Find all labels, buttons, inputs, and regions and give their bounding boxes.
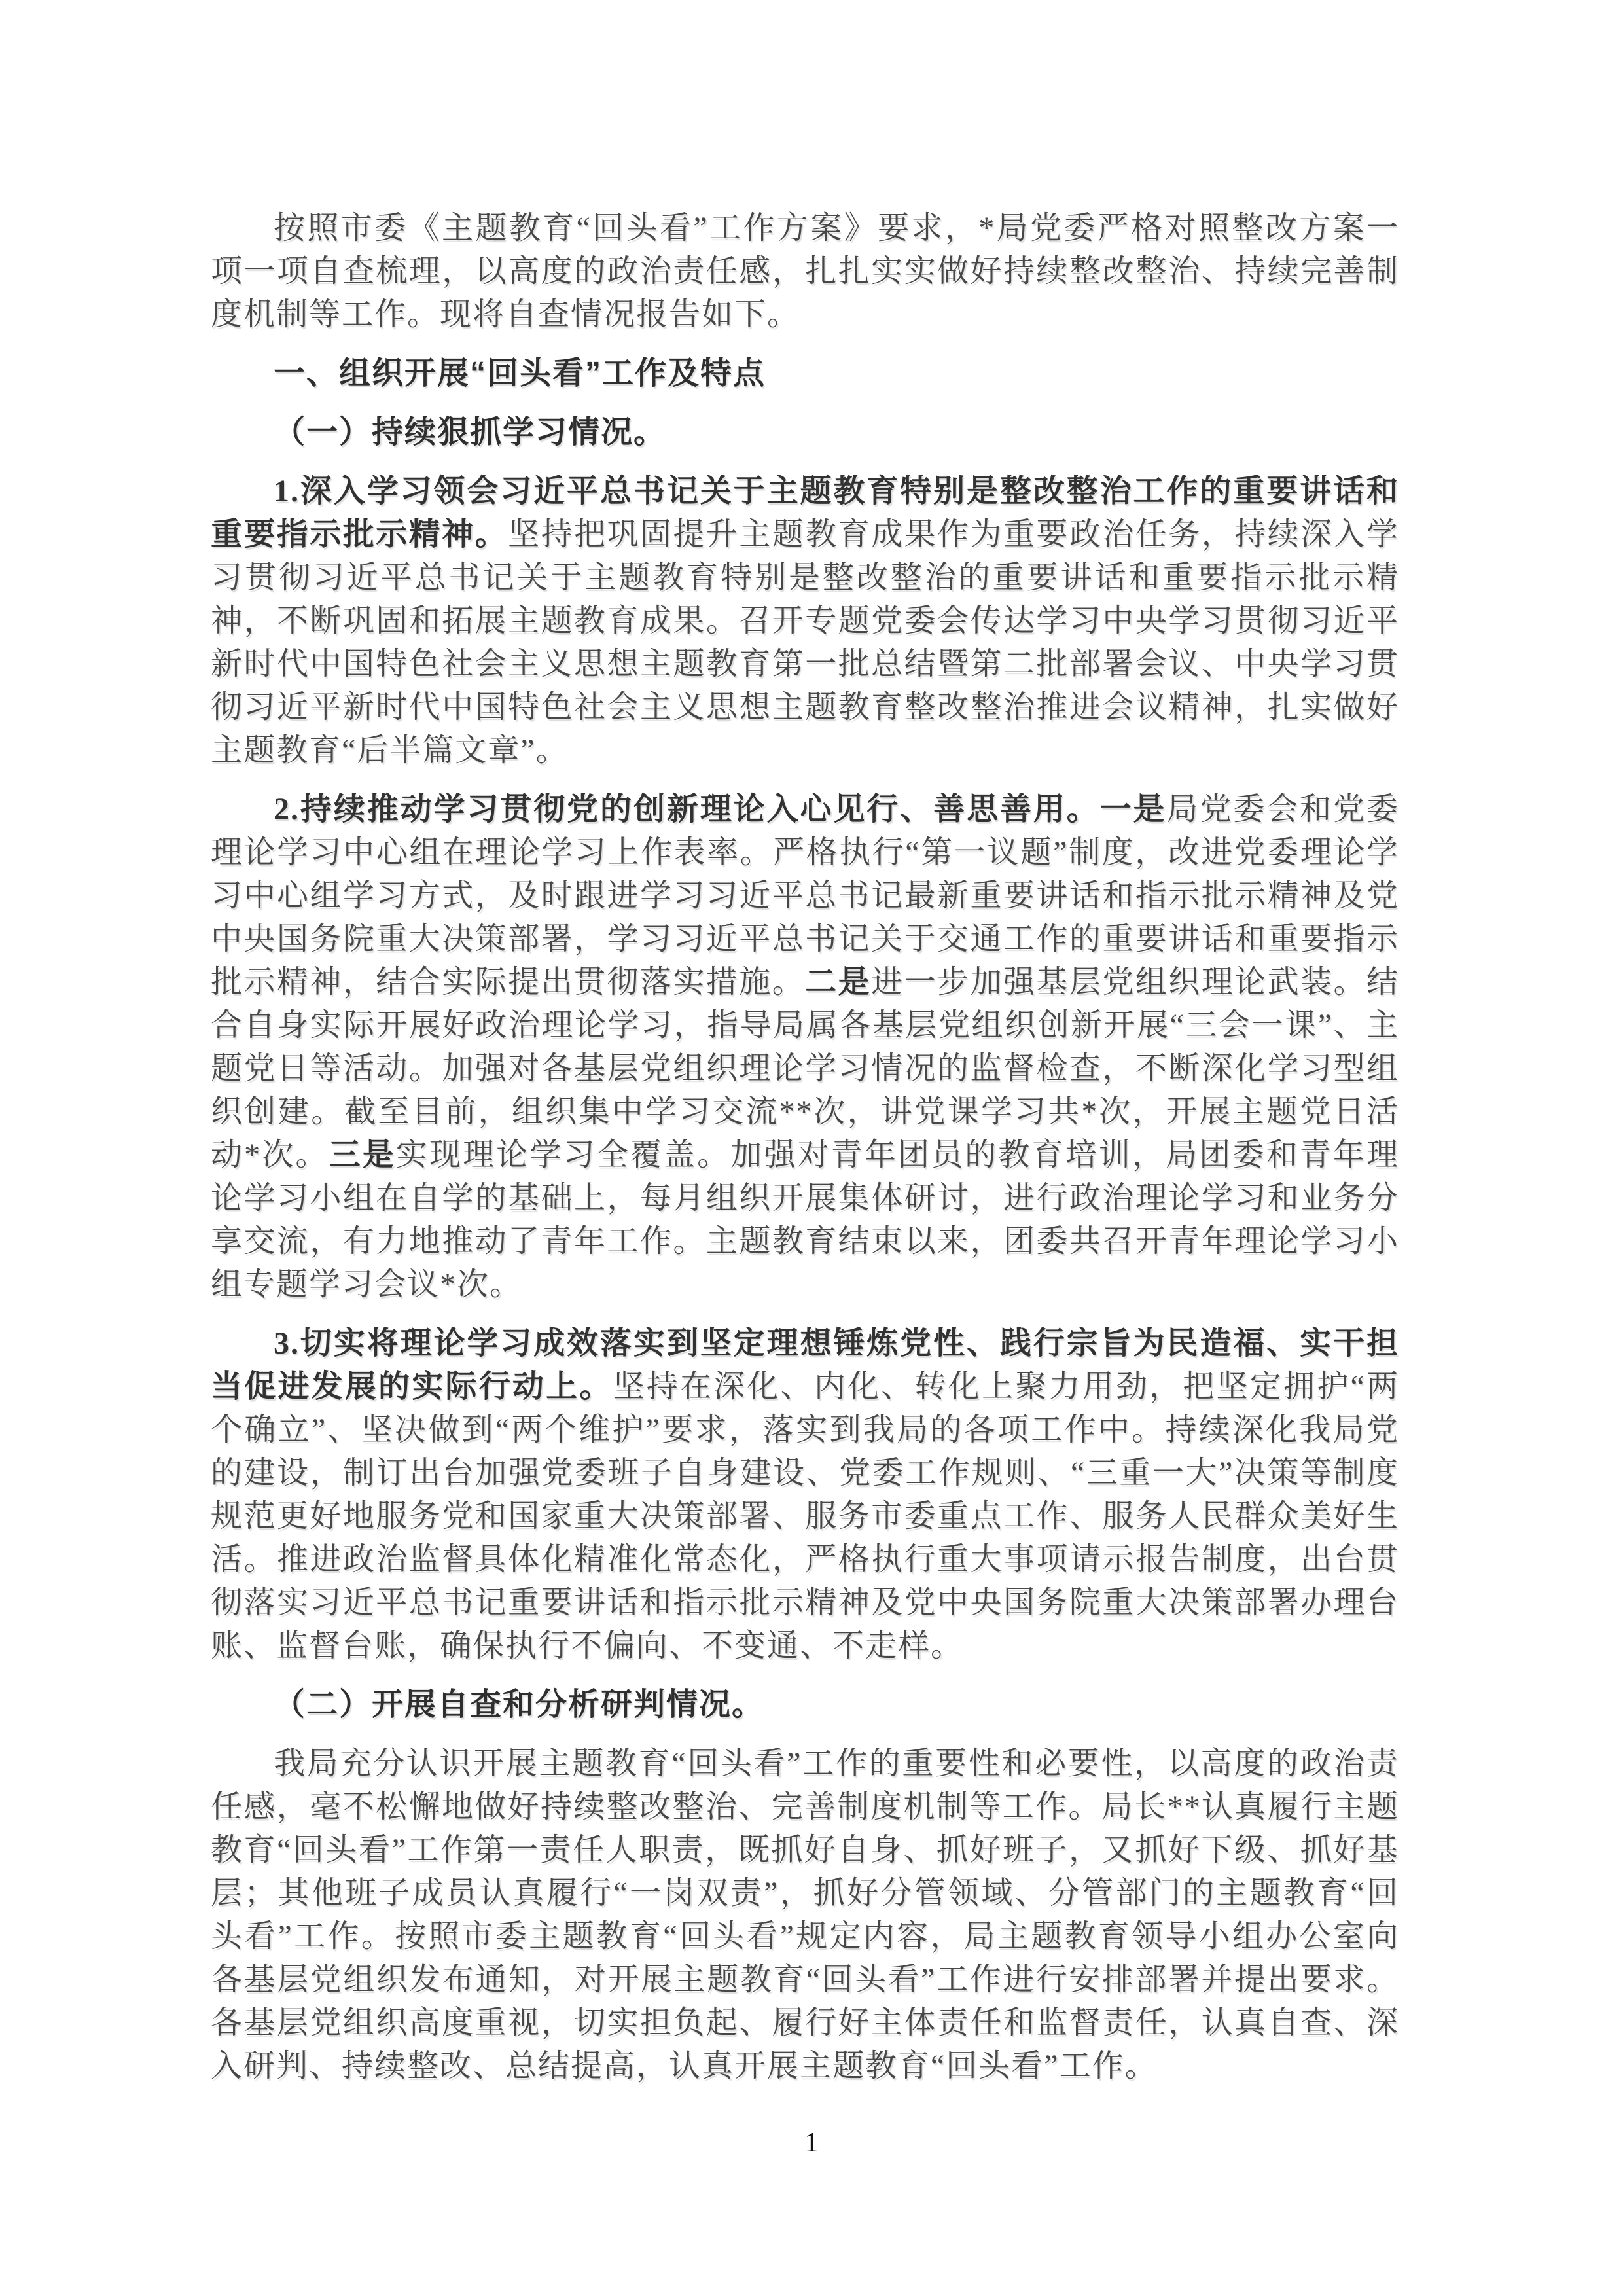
body-paragraph: 1.深入学习领会习近平总书记关于主题教育特别是整改整治工作的重要讲话和重要指示批… — [211, 470, 1399, 772]
subsection-heading: （二）开展自查和分析研判情况。 — [211, 1683, 1399, 1727]
bold-text-run: （二）开展自查和分析研判情况。 — [274, 1687, 764, 1722]
bold-text-run: 2.持续推动学习贯彻党的创新理论入心见行、善思善用。 — [274, 792, 1100, 827]
subsection-heading: （一）持续狠抓学习情况。 — [211, 411, 1399, 454]
body-paragraph: 3.切实将理论学习成效落实到坚定理想锤炼党性、践行宗旨为民造福、实干担当促进发展… — [211, 1322, 1399, 1668]
text-run: 坚持把巩固提升主题教育成果作为重要政治任务，持续深入学习贯彻习近平总书记关于主题… — [211, 517, 1399, 768]
body-paragraph: 按照市委《主题教育“回头看”工作方案》要求，*局党委严格对照整改方案一项一项自查… — [211, 207, 1399, 336]
document-page: 按照市委《主题教育“回头看”工作方案》要求，*局党委严格对照整改方案一项一项自查… — [0, 0, 1623, 2296]
text-run: 坚持在深化、内化、转化上聚力用劲，把坚定拥护“两个确立”、坚决做到“两个维护”要… — [211, 1369, 1399, 1663]
bold-text-run: 三是 — [329, 1138, 396, 1172]
bold-text-run: 一、组织开展“回头看”工作及特点 — [274, 356, 766, 391]
bold-text-run: 二是 — [805, 965, 871, 999]
text-run: 我局充分认识开展主题教育“回头看”工作的重要性和必要性，以高度的政治责任感，毫不… — [211, 1746, 1399, 2083]
document-body: 按照市委《主题教育“回头看”工作方案》要求，*局党委严格对照整改方案一项一项自查… — [211, 207, 1399, 2104]
bold-text-run: （一）持续狠抓学习情况。 — [274, 415, 666, 450]
body-paragraph: 2.持续推动学习贯彻党的创新理论入心见行、善思善用。一是局党委会和党委理论学习中… — [211, 788, 1399, 1306]
body-paragraph: 我局充分认识开展主题教育“回头看”工作的重要性和必要性，以高度的政治责任感，毫不… — [211, 1742, 1399, 2088]
page-number: 1 — [0, 2128, 1623, 2157]
section-heading: 一、组织开展“回头看”工作及特点 — [211, 352, 1399, 395]
text-run: 按照市委《主题教育“回头看”工作方案》要求，*局党委严格对照整改方案一项一项自查… — [211, 211, 1399, 332]
bold-text-run: 一是 — [1100, 792, 1167, 827]
